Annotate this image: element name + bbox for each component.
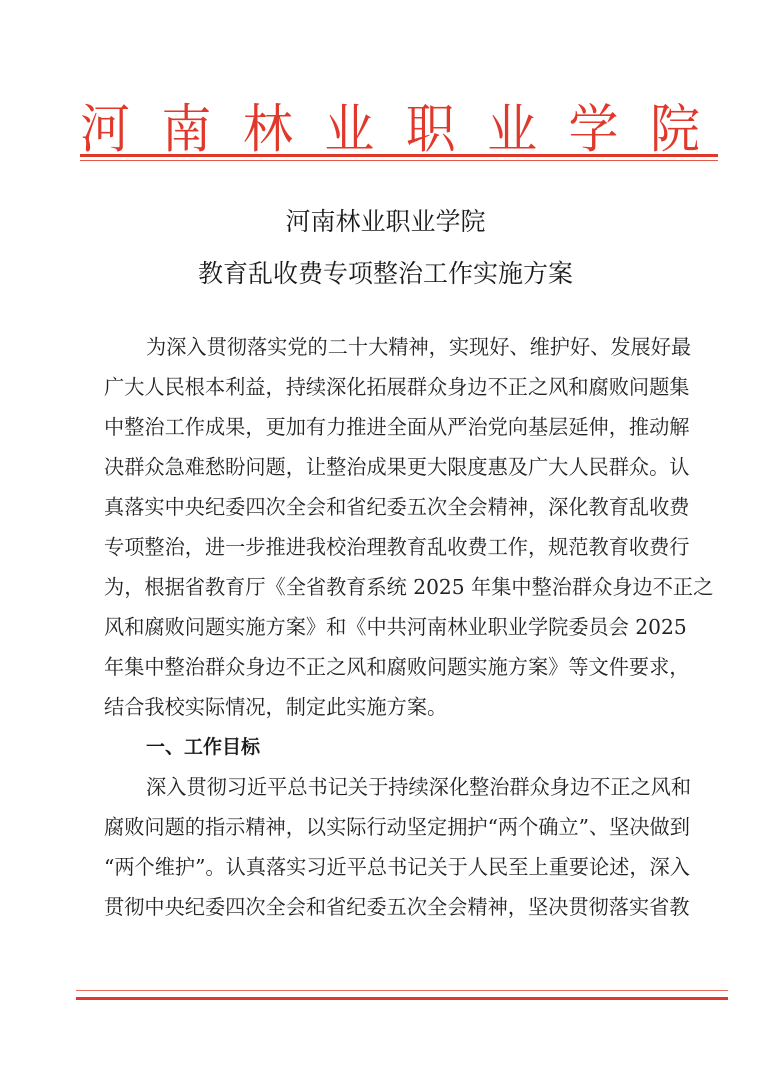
text-line: 专项整治，进一步推进我校治理教育乱收费工作，规范教育收费行 [104, 527, 684, 567]
paragraph-work-goals: 深入贯彻习近平总书记关于持续深化整治群众身边不正之风和 腐败问题的指示精神，以实… [104, 767, 684, 927]
masthead-char: 业 [324, 99, 374, 160]
footer-rule-thin [76, 990, 728, 991]
header-rule-thick [80, 154, 718, 157]
text-line: “两个维护”。认真落实习近平总书记关于人民至上重要论述，深入 [104, 847, 684, 887]
masthead-institution-name: 河 南 林 业 职 业 学 院 [80, 98, 700, 158]
document-body: 为深入贯彻落实党的二十大精神，实现好、维护好、发展好最 广大人民根本利益，持续深… [104, 327, 684, 927]
text-line: 中整治工作成果，更加有力推进全面从严治党向基层延伸，推动解 [104, 407, 684, 447]
masthead-char: 职 [406, 99, 456, 160]
section-heading-work-goals: 一、工作目标 [104, 727, 684, 767]
text-line: 贯彻中央纪委四次全会和省纪委五次全会精神，坚决贯彻落实省教 [104, 887, 684, 927]
text-line: 广大人民根本利益，持续深化拓展群众身边不正之风和腐败问题集 [104, 367, 684, 407]
text-line: 腐败问题的指示精神，以实际行动坚定拥护“两个确立”、坚决做到 [104, 807, 684, 847]
document-title-subject: 教育乱收费专项整治工作实施方案 [0, 254, 771, 290]
masthead-char: 院 [650, 99, 700, 160]
text-line: 为，根据省教育厅《全省教育系统 2025 年集中整治群众身边不正之 [104, 567, 684, 607]
document-title-institution: 河南林业职业学院 [0, 202, 771, 238]
header-rule-thin [80, 160, 718, 161]
text-line: 风和腐败问题实施方案》和《中共河南林业职业学院委员会 2025 [104, 607, 684, 647]
paragraph-intro: 为深入贯彻落实党的二十大精神，实现好、维护好、发展好最 广大人民根本利益，持续深… [104, 327, 684, 727]
text-line: 深入贯彻习近平总书记关于持续深化整治群众身边不正之风和 [104, 767, 684, 807]
masthead-char: 学 [569, 99, 619, 160]
text-line: 为深入贯彻落实党的二十大精神，实现好、维护好、发展好最 [104, 327, 684, 367]
masthead-char: 南 [161, 99, 211, 160]
text-line: 决群众急难愁盼问题，让整治成果更大限度惠及广大人民群众。认 [104, 447, 684, 487]
masthead-char: 林 [243, 99, 293, 160]
masthead-char: 河 [80, 99, 130, 160]
text-line: 真落实中央纪委四次全会和省纪委五次全会精神，深化教育乱收费 [104, 487, 684, 527]
text-line: 年集中整治群众身边不正之风和腐败问题实施方案》等文件要求， [104, 647, 684, 687]
text-line: 结合我校实际情况，制定此实施方案。 [104, 687, 684, 727]
footer-rule-thick [76, 997, 728, 1000]
masthead-char: 业 [487, 99, 537, 160]
